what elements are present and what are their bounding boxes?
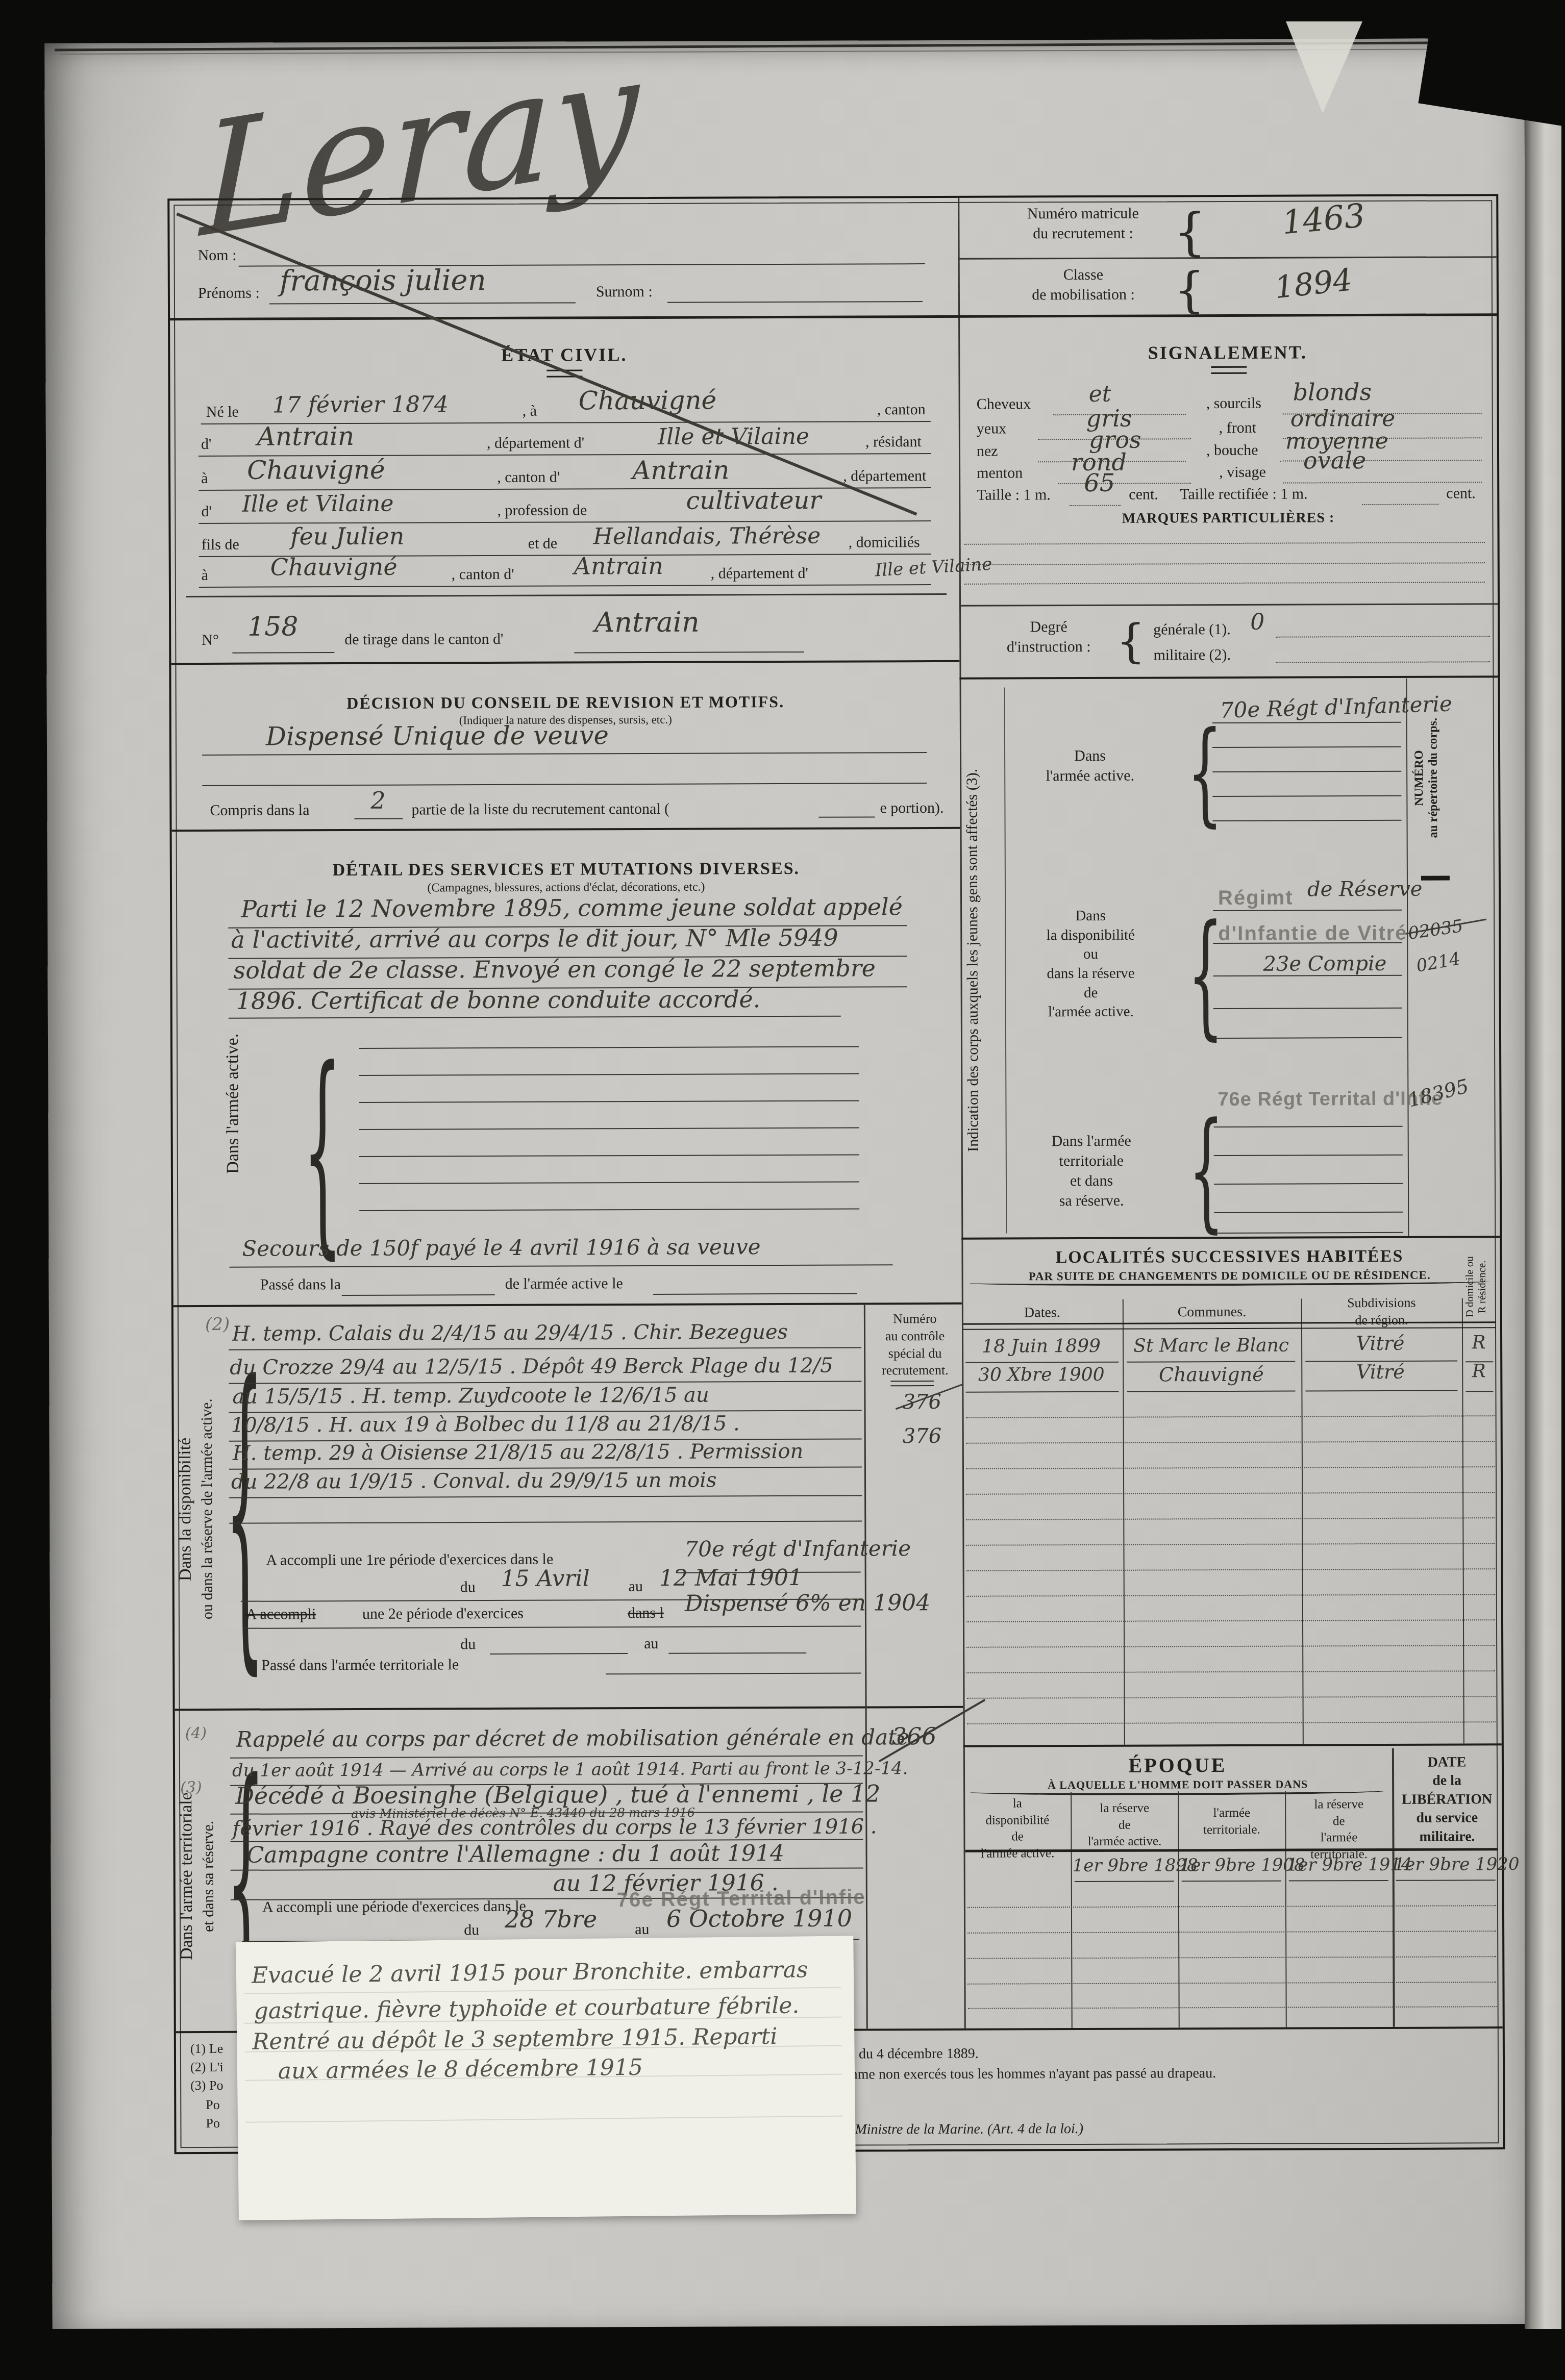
rule [354, 818, 403, 819]
field-label: à [202, 565, 208, 585]
rule [1214, 1126, 1403, 1128]
rule [1127, 1391, 1295, 1392]
deces-line: février 1916 . Rayé des contrôles du cor… [232, 1815, 877, 1840]
periode-territoriale-label: A accompli une période d'exercices dans … [262, 1896, 526, 1917]
visage-label: , visage [1219, 462, 1266, 482]
rule [1212, 722, 1401, 723]
footnote-1: (1) Le [190, 2040, 223, 2058]
active-label: Dans l'armée active. [1013, 745, 1166, 786]
rule [359, 1209, 859, 1211]
localite-date: 18 Juin 1899 [963, 1336, 1119, 1357]
controle-column-line [864, 1304, 868, 2028]
dotted-rule [966, 1568, 1495, 1571]
passe-territoriale-label: Passé dans l'armée territoriale le [261, 1655, 459, 1675]
dotted-rule [967, 1956, 1496, 1959]
field-value: Ille et Vilaine [242, 492, 393, 517]
margin-label-territoriale: Dans l'armée territoriale [176, 1723, 197, 2030]
rule [668, 1652, 806, 1654]
table-column-line [1301, 1298, 1304, 1744]
services-line: soldat de 2e classe. Envoyé en congé le … [233, 955, 876, 983]
rule [232, 652, 334, 654]
field-value: Ille et Vilaine [658, 424, 809, 449]
dotted-rule [1070, 505, 1121, 506]
sourcils-value: blonds [1293, 379, 1372, 405]
rule [1396, 1880, 1496, 1881]
matricule-label: Numéro matricule du recrutement : [996, 203, 1170, 243]
rule [175, 1706, 963, 1711]
dotted-rule [964, 582, 1485, 585]
rule [202, 752, 927, 756]
degre-militaire-label: militaire (2). [1153, 645, 1231, 665]
field-label: , département [843, 466, 926, 486]
paper-sheet: Nom : Prénoms : françois julien Surnom :… [44, 38, 1532, 2329]
periode1-value: 70e régt d'Infanterie [684, 1537, 911, 1561]
tirage-text: de tirage dans le canton d' [344, 629, 503, 649]
services-line: 1896. Certificat de bonne conduite accor… [236, 986, 761, 1014]
compris-label: Compris dans la [210, 800, 309, 820]
taille-value: 65 [1084, 470, 1115, 497]
epoque-col2-header: la réserve de l'armée active. [1072, 1800, 1177, 1850]
footnote-3: (3) Po [190, 2077, 223, 2094]
rule [1289, 1880, 1388, 1882]
localite-commune: St Marc le Blanc [1126, 1336, 1297, 1357]
rule [1213, 910, 1402, 911]
dotted-rule [966, 1441, 1495, 1444]
dotted-rule [967, 1905, 1496, 1908]
controle-number: 376 [903, 1425, 942, 1447]
rule [1465, 1391, 1493, 1392]
repertoire-number: 02035 [1407, 917, 1464, 943]
au-label: au [644, 1634, 658, 1654]
tirage-label: N° [202, 630, 219, 650]
localite-subdiv: Vitré [1304, 1361, 1457, 1383]
field-value: cultivateur [686, 487, 821, 515]
cent-label-2: cent. [1446, 483, 1476, 503]
periode1-au-value: 12 Mai 1901 [659, 1566, 803, 1591]
localite-subdiv: Vitré [1304, 1333, 1457, 1355]
epoque-title: ÉPOQUE [963, 1751, 1392, 1780]
rule [1212, 746, 1401, 748]
rule [229, 1495, 862, 1498]
margin-label-indication: Indication des corps auxquels les jeunes… [963, 685, 986, 1236]
rule [171, 660, 959, 665]
du-label: du [460, 1577, 476, 1597]
next-page-edge [1525, 110, 1561, 2329]
rule [172, 827, 960, 832]
field-label: fils de [202, 535, 239, 555]
epoque-value: 1er 9bre 1908 [1180, 1856, 1284, 1875]
epoque-value: 1er 9bre 1898 [1073, 1856, 1177, 1875]
territoriale-label: Dans l'armée territoriale et dans sa rés… [1015, 1131, 1169, 1211]
margin-label-reserve: ou dans la réserve de l'armée active. [198, 1313, 218, 1706]
signalement-title: SIGNALEMENT. [958, 340, 1497, 365]
services-line: Parti le 12 Novembre 1895, comme jeune s… [241, 894, 903, 922]
compris-value: 2 [370, 788, 385, 814]
epoque-col3-header: l'armée territoriale. [1179, 1805, 1284, 1839]
rule [186, 593, 947, 597]
brace: { [1116, 615, 1146, 668]
repertoire-column-line [1406, 679, 1409, 1236]
epoque-value: 1er 9bre 1920 [1394, 1855, 1499, 1874]
squiggle-rule [970, 1277, 1490, 1287]
margin-label-territoriale-2: et dans sa réserve. [200, 1723, 219, 2030]
brace: { [1187, 896, 1224, 1053]
brace: { [1174, 262, 1205, 318]
brace: { [1174, 202, 1206, 262]
field-value: Chauvigné [270, 554, 398, 580]
cheveux-label: Cheveux [977, 394, 1031, 414]
rule [1214, 1183, 1403, 1185]
rule [965, 1362, 1119, 1363]
rule [1127, 1361, 1295, 1363]
rule [490, 1653, 628, 1655]
slip-line: Rentré au dépôt le 3 septembre 1915. Rep… [252, 2024, 778, 2055]
decision-value: Dispensé Unique de veuve [266, 721, 609, 750]
field-label: , domiciliés [849, 532, 920, 552]
cheveux-value: et [1089, 382, 1111, 407]
matricule-form: Nom : Prénoms : françois julien Surnom :… [167, 194, 1505, 2154]
field-label: à [201, 468, 208, 488]
classe-value: 1894 [1273, 263, 1354, 305]
matricule-value: 1463 [1281, 198, 1367, 241]
rule [1212, 795, 1401, 797]
dotted-rule [967, 1721, 1496, 1724]
field-label: , à [523, 401, 537, 421]
rule [229, 1347, 861, 1350]
rule [359, 1128, 859, 1130]
slip-line: aux armées le 8 décembre 1915 [278, 2056, 643, 2084]
slip-line: gastrique. fièvre typhoïde et courbature… [254, 1993, 799, 2024]
field-value: Chauvigné [247, 456, 385, 485]
rule [1214, 1232, 1403, 1234]
field-value: Antrain [257, 422, 355, 451]
du-label: du [464, 1920, 479, 1940]
rule [1075, 1881, 1174, 1882]
periode2-value: Dispensé 6% en 1904 [685, 1591, 930, 1616]
periode1-du-value: 15 Avril [501, 1566, 590, 1591]
rule [1213, 975, 1402, 976]
slip-line: Evacué le 2 avril 1915 pour Bronchite. e… [252, 1958, 808, 1988]
rule [342, 1294, 495, 1296]
field-label: d' [201, 502, 212, 521]
rule [1214, 1212, 1403, 1213]
compris-text-2: e portion). [880, 798, 943, 818]
dotted-rule [966, 1543, 1495, 1546]
thin-line [1004, 688, 1007, 1234]
yeux-label: yeux [977, 419, 1006, 439]
rule [1212, 771, 1401, 772]
dotted-rule [968, 2006, 1497, 2009]
field-label: Né le [206, 402, 239, 422]
field-value: 17 février 1874 [272, 392, 449, 418]
rule [959, 603, 1498, 607]
degre-label: Degré d'instruction : [985, 617, 1112, 657]
dotted-rule [966, 1594, 1495, 1597]
rule [359, 1046, 859, 1049]
repertoire-number: 0214 [1415, 949, 1462, 976]
dotted-rule [967, 1696, 1496, 1699]
degre-generale-value: 0 [1250, 610, 1264, 635]
nez-label: nez [977, 441, 998, 461]
field-value: feu Julien [290, 523, 404, 549]
field-label: , département d' [487, 433, 584, 453]
footer-text: a comme non exercés tous les hommes n'ay… [823, 2064, 1216, 2084]
field-label: , canton d' [497, 467, 560, 487]
periode2-struck-2: dans l [628, 1603, 664, 1623]
dotted-rule [966, 1670, 1495, 1673]
rule [1305, 1390, 1457, 1391]
rule [229, 1016, 841, 1019]
field-label: d' [201, 434, 212, 454]
bouche-label: , bouche [1206, 440, 1258, 460]
localite-date: 30 Xbre 1900 [963, 1365, 1119, 1386]
rule [667, 301, 923, 303]
rule [229, 1521, 862, 1524]
rule [170, 313, 1497, 320]
dotted-rule [966, 1492, 1495, 1495]
brace: { [1188, 1095, 1224, 1245]
rule [653, 1293, 857, 1295]
front-label: , front [1219, 418, 1256, 438]
localite-dr: R [1463, 1361, 1494, 1382]
marques-label: MARQUES PARTICULIÈRES : [959, 508, 1497, 529]
dotted-rule [966, 1415, 1495, 1418]
hospital-line: 10/8/15 . H. aux 19 à Bolbec du 11/8 au … [231, 1412, 740, 1436]
rule [173, 1302, 962, 1307]
taille-rectifiee-label: Taille rectifiée : 1 m. [1180, 484, 1307, 504]
mobilisation-line: du 1er août 1914 — Arrivé au corps le 1 … [232, 1759, 908, 1781]
classe-label: Classe de mobilisation : [997, 264, 1170, 305]
dotted-rule [1276, 661, 1490, 663]
prenoms-label: Prénoms : [198, 283, 260, 303]
dotted-rule [964, 542, 1485, 545]
margin-label-disponibilite: Dans la disponibilité [175, 1313, 196, 1706]
margin-label-armee-active: Dans l'armée active. [222, 1001, 245, 1206]
services-line: à l'activité, arrivé au corps le dit jou… [231, 925, 838, 953]
campagne-line: Campagne contre l'Allemagne : du 1 août … [247, 1841, 785, 1868]
rule [230, 1755, 863, 1758]
repertoire-tick [1421, 875, 1450, 880]
hospital-line: H. temp. 29 à Oisiense 21/8/15 au 22/8/1… [233, 1440, 804, 1465]
pasted-note-slip: Evacué le 2 avril 1915 pour Bronchite. e… [236, 1936, 856, 2220]
etat-civil-title: ÉTAT CIVIL. [170, 342, 958, 368]
rule [359, 1100, 859, 1103]
controle-header: Numéro au contrôle spécial du recrutemen… [866, 1310, 963, 1380]
col-header-domicile-residence: D domicile ou R résidence. [1463, 1246, 1494, 1327]
localite-commune: Chauvigné [1126, 1364, 1297, 1386]
mini-rule [890, 1381, 934, 1386]
dotted-rule [966, 1645, 1495, 1648]
rule [963, 1743, 1502, 1747]
epoque-col4-header: la réserve de l'armée territoriale. [1286, 1796, 1391, 1863]
compris-text: partie de la liste du recrutement canton… [411, 799, 669, 820]
rule [818, 816, 875, 817]
table-column-line [1123, 1299, 1125, 1745]
deces-line: Décédé à Boesinghe (Belgique) , tué à l'… [235, 1781, 880, 1809]
secours-note: Secours de 150f payé le 4 avril 1916 à s… [242, 1235, 760, 1261]
field-value: Ille et Vilaine [875, 555, 992, 581]
rule [1182, 1881, 1281, 1882]
rule [961, 1236, 1500, 1240]
passe-label-2: de l'armée active le [505, 1273, 623, 1294]
rule [958, 256, 1497, 260]
dotted-rule [966, 1466, 1495, 1469]
slip-rule [245, 2116, 842, 2123]
date-liberation-header: DATE de la LIBÉRATION du service militai… [1395, 1753, 1500, 1846]
tirage-canton: Antrain [594, 607, 700, 638]
epoque-value: 1er 9bre 1914 [1287, 1856, 1392, 1875]
periode2-struck: A accompli [246, 1604, 316, 1624]
taille-label: Taille : 1 m. [977, 485, 1051, 505]
field-label: , canton [877, 399, 926, 419]
periode2-label: une 2e période d'exercices [362, 1604, 524, 1624]
hospital-line: au 15/5/15 . H. temp. Zuydcoote le 12/6/… [232, 1384, 709, 1408]
rule [960, 675, 1498, 680]
field-label: , département d' [711, 563, 808, 584]
dotted-rule [1058, 483, 1191, 484]
dotted-rule [1276, 636, 1490, 637]
du-value: 28 7bre [505, 1906, 597, 1932]
au-label: au [629, 1576, 643, 1596]
rule [1214, 1155, 1403, 1156]
rule [359, 1073, 859, 1076]
passe-label: Passé dans la [260, 1274, 341, 1295]
localite-dr: R [1463, 1333, 1494, 1353]
scanned-register-page: Nom : Prénoms : françois julien Surnom :… [0, 0, 1565, 2380]
rule [359, 1182, 859, 1184]
hospital-line: H. temp. Calais du 2/4/15 au 29/4/15 . C… [232, 1321, 788, 1345]
field-value: Antrain [574, 553, 663, 579]
reserve-hand-note: de Réserve [1307, 878, 1423, 901]
rule [202, 783, 927, 786]
title-dash [1211, 366, 1247, 374]
rule [243, 1626, 861, 1629]
rule [965, 1391, 1119, 1393]
sourcils-label: , sourcils [1206, 393, 1261, 413]
rule [199, 584, 931, 588]
footnote-4: Po [206, 2096, 220, 2114]
cent-label: cent. [1129, 484, 1158, 504]
col-header-dates: Dates. [964, 1304, 1120, 1322]
degre-generale-label: générale (1). [1153, 619, 1231, 640]
compagnie-value: 23e Compie [1263, 953, 1386, 975]
rule [1213, 1008, 1402, 1009]
dotted-rule [967, 1982, 1496, 1985]
surnom-label: Surnom : [596, 282, 653, 302]
rule [1213, 1037, 1402, 1039]
rule [574, 652, 804, 654]
rule [269, 302, 576, 304]
field-value: Hellandais, Thérèse [593, 524, 821, 549]
brace: { [1187, 707, 1223, 838]
mobilisation-line: Rappelé au corps par décret de mobilisat… [236, 1725, 909, 1751]
field-label: et de [528, 534, 558, 554]
footnote-2: (2) L'i [190, 2059, 223, 2076]
field-label: , profession de [497, 500, 587, 520]
localites-title: LOCALITÉS SUCCESSIVES HABITÉES [961, 1245, 1497, 1269]
rule [1213, 820, 1402, 821]
field-value: Antrain [632, 456, 730, 485]
field-value: Chauvigné [579, 386, 717, 415]
rule [606, 1673, 861, 1675]
field-label: , résidant [865, 432, 922, 452]
hospital-line: du 22/8 au 1/9/15 . Conval. du 29/9/15 u… [231, 1469, 717, 1493]
menton-label: menton [977, 463, 1023, 483]
au-label: au [635, 1919, 649, 1939]
footnote-5: Po [206, 2115, 220, 2132]
rule [359, 1155, 859, 1157]
dotted-rule [966, 1517, 1495, 1520]
dotted-rule [1362, 504, 1438, 506]
tirage-number: 158 [247, 612, 298, 642]
visage-value: ovale [1303, 447, 1366, 473]
dotted-rule [964, 562, 1485, 565]
du-label: du [460, 1634, 476, 1654]
dispo-label: Dans la disponibilité ou dans la réserve… [1014, 906, 1167, 1022]
col-header-communes: Communes. [1125, 1303, 1299, 1322]
field-label: , canton d' [452, 564, 514, 584]
dotted-rule [967, 1931, 1496, 1934]
hospital-line: du Crozze 29/4 au 12/5/15 . Dépôt 49 Ber… [230, 1355, 833, 1379]
footer-text: Ministre de la Marine. (Art. 4 de la loi… [855, 2120, 1083, 2139]
dotted-rule [966, 1619, 1495, 1622]
au-value: 6 Octobre 1910 [666, 1906, 852, 1932]
stamp-regiment-reserve: Régimt [1218, 887, 1294, 910]
